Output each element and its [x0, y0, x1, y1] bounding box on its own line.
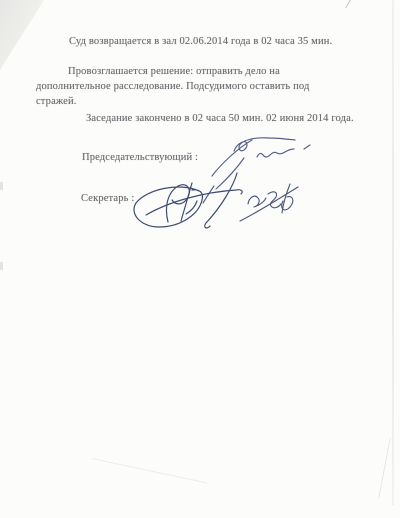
paragraph-decision: Провозглашается решение: отправить дело … — [36, 64, 309, 109]
decision-line-3: стражей. — [36, 94, 309, 109]
scanned-court-record-page: 7 Суд возвращается в зал 02.06.2014 года… — [0, 0, 400, 518]
scan-edge-artifact — [0, 182, 3, 190]
crease-bottom-left — [92, 458, 208, 484]
scan-edge-artifact — [0, 262, 3, 270]
secretary-label: Секретарь : — [81, 191, 134, 206]
page-right-edge-line — [392, 0, 394, 505]
presiding-judge-signature — [203, 138, 310, 203]
line-court-returns: Суд возвращается в зал 02.06.2014 года в… — [36, 34, 332, 49]
secretary-signature-flourish — [240, 184, 298, 221]
secretary-signature — [134, 173, 242, 228]
decision-line-2: дополнительное расследование. Подсудимог… — [36, 79, 309, 94]
line-session-closed: Заседание закончено в 02 часа 50 мин. 02… — [36, 111, 354, 126]
decision-line-1: Провозглашается решение: отправить дело … — [36, 64, 309, 79]
pencil-page-number-mark: 7 — [342, 0, 353, 12]
presiding-judge-label: Председательствующий : — [82, 150, 198, 165]
crease-bottom-right — [378, 438, 390, 497]
